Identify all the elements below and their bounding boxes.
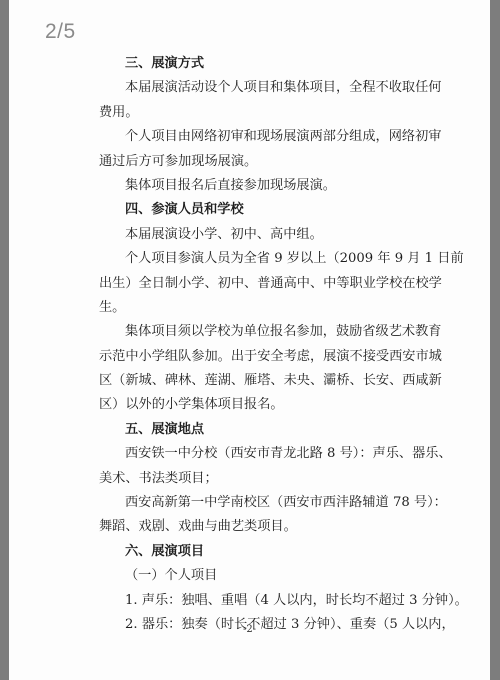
paragraph-line: 舞蹈、戏剧、戏曲与曲艺类项目。 [99,515,429,539]
paragraph-line: 区）以外的小学集体项目报名。 [99,393,429,417]
subsection-heading: （一）个人项目 [99,564,429,588]
paragraph-line: 集体项目须以学校为单位报名参加，鼓励省级艺术教育 [99,320,429,344]
list-item: 1. 声乐：独唱、重唱（4 人以内，时长均不超过 3 分钟）。 [99,589,429,613]
section-heading-6: 六、展演项目 [99,540,429,564]
paragraph-line: 集体项目报名后直接参加现场展演。 [99,174,429,198]
page-number: -2- [9,624,490,635]
paragraph-line: 出生）全日制小学、初中、普通高中、中等职业学校在校学 [99,272,429,296]
document-page: 2/5 三、展演方式 本届展演活动设个人项目和集体项目，全程不收取任何 费用。 … [9,0,490,680]
paragraph-line: 本届展演设小学、初中、高中组。 [99,223,429,247]
section-heading-5: 五、展演地点 [99,418,429,442]
document-body: 三、展演方式 本届展演活动设个人项目和集体项目，全程不收取任何 费用。 个人项目… [99,52,429,637]
paragraph-line: 本届展演活动设个人项目和集体项目，全程不收取任何 [99,76,429,100]
section-heading-3: 三、展演方式 [99,52,429,76]
page-indicator: 2/5 [45,20,76,44]
paragraph-line: 西安高新第一中学南校区（西安市西沣路辅道 78 号）： [99,491,429,515]
paragraph-line: 西安铁一中分校（西安市青龙北路 8 号）：声乐、器乐、 [99,442,429,466]
paragraph-line: 个人项目由网络初审和现场展演两部分组成，网络初审 [99,125,429,149]
paragraph-line: 示范中小学组队参加。出于安全考虑，展演不接受西安市城 [99,345,429,369]
section-heading-4: 四、参演人员和学校 [99,198,429,222]
paragraph-line: 费用。 [99,101,429,125]
paragraph-line: 生。 [99,296,429,320]
paragraph-line: 美术、书法类项目； [99,467,429,491]
paragraph-line: 区（新城、碑林、莲湖、雁塔、未央、灞桥、长安、西咸新 [99,369,429,393]
paragraph-line: 个人项目参演人员为全省 9 岁以上（2009 年 9 月 1 日前 [99,247,429,271]
paragraph-line: 通过后方可参加现场展演。 [99,150,429,174]
